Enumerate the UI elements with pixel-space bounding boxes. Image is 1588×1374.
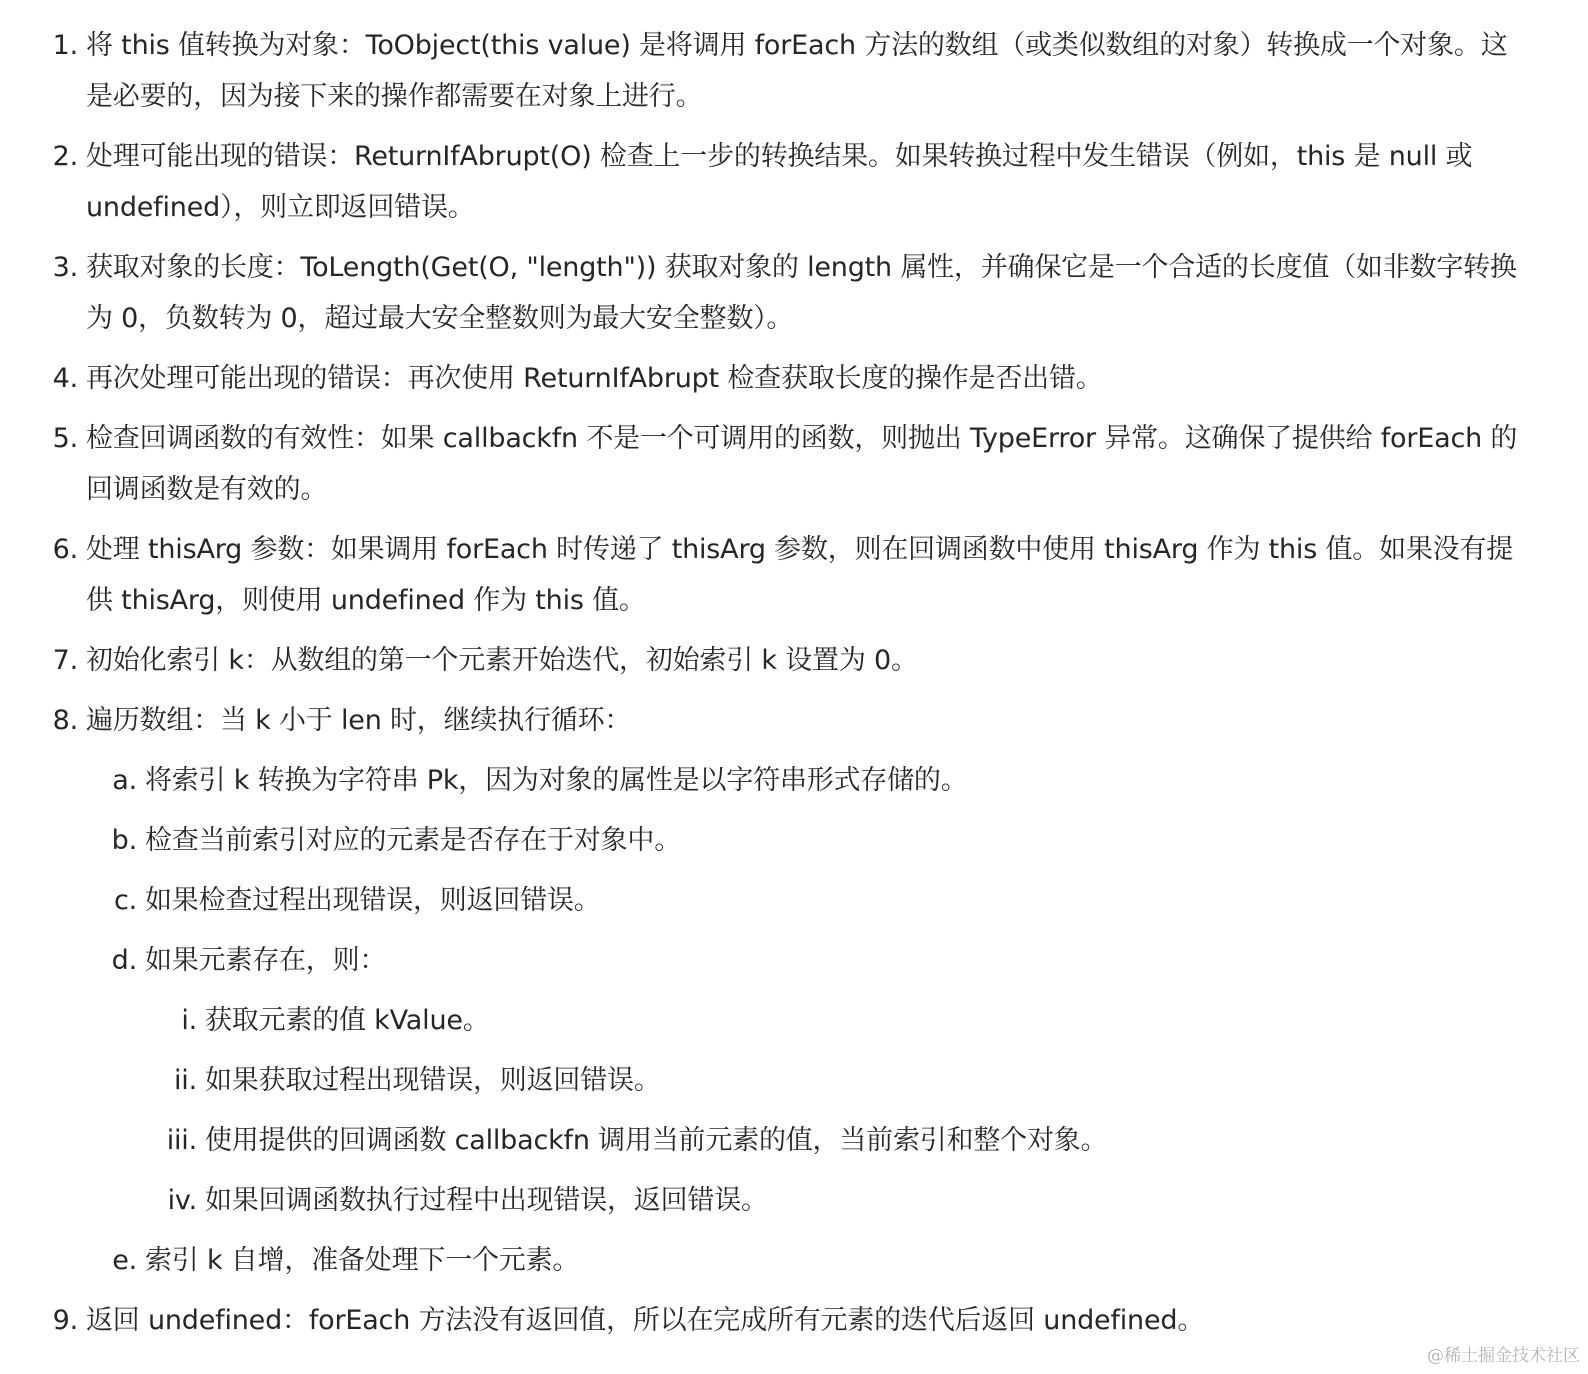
sub-list-item: e. 索引 k 自增，准备处理下一个元素。 xyxy=(0,1235,1588,1286)
list-marker: e. xyxy=(0,1235,137,1286)
list-item-text: 如果获取过程出现错误，则返回错误。 xyxy=(205,1065,661,1096)
list-marker: 9. xyxy=(0,1295,78,1346)
list-item-text: 初始化索引 k：从数组的第一个元素开始迭代，初始索引 k 设置为 0。 xyxy=(86,645,918,676)
list-item-text: 使用提供的回调函数 callbackfn 调用当前元素的值，当前索引和整个对象。 xyxy=(205,1125,1107,1156)
sub-list-item: c. 如果检查过程出现错误，则返回错误。 xyxy=(0,875,1588,926)
list-marker: 6. xyxy=(0,524,78,575)
list-marker: iv. xyxy=(0,1175,197,1226)
sub-sub-list-item: i. 获取元素的值 kValue。 xyxy=(0,995,1588,1046)
list-item-text: 检查当前索引对应的元素是否存在于对象中。 xyxy=(145,825,681,856)
list-marker: ii. xyxy=(0,1055,197,1106)
list-marker: 1. xyxy=(0,20,78,71)
list-marker: 5. xyxy=(0,413,78,464)
list-marker: 4. xyxy=(0,353,78,404)
ordered-list: 1. 将 this 值转换为对象：ToObject(this value) 是将… xyxy=(0,20,1588,1355)
list-item-text: 索引 k 自增，准备处理下一个元素。 xyxy=(145,1245,579,1276)
sub-list-item: a. 将索引 k 转换为字符串 Pk，因为对象的属性是以字符串形式存储的。 xyxy=(0,755,1588,806)
list-marker: 2. xyxy=(0,131,78,182)
list-item-text: 如果元素存在，则： xyxy=(145,945,386,976)
list-marker: 8. xyxy=(0,695,78,746)
list-marker: a. xyxy=(0,755,137,806)
sub-sub-list-item: iii. 使用提供的回调函数 callbackfn 调用当前元素的值，当前索引和… xyxy=(0,1115,1588,1166)
list-item: 1. 将 this 值转换为对象：ToObject(this value) 是将… xyxy=(0,20,1588,122)
list-item: 6. 处理 thisArg 参数：如果调用 forEach 时传递了 thisA… xyxy=(0,524,1588,626)
list-item: 3. 获取对象的长度：ToLength(Get(O, "length")) 获取… xyxy=(0,242,1588,344)
list-item-text: 获取对象的长度：ToLength(Get(O, "length")) 获取对象的… xyxy=(86,252,1517,334)
list-item: 2. 处理可能出现的错误：ReturnIfAbrupt(O) 检查上一步的转换结… xyxy=(0,131,1588,233)
list-item-text: 处理可能出现的错误：ReturnIfAbrupt(O) 检查上一步的转换结果。如… xyxy=(86,141,1472,223)
list-item-text: 检查回调函数的有效性：如果 callbackfn 不是一个可调用的函数，则抛出 … xyxy=(86,423,1517,505)
watermark: @稀土掘金技术社区 xyxy=(1427,1341,1580,1366)
list-item-text: 如果回调函数执行过程中出现错误，返回错误。 xyxy=(205,1185,768,1216)
list-marker: d. xyxy=(0,935,137,986)
list-item-text: 获取元素的值 kValue。 xyxy=(205,1005,490,1036)
list-marker: b. xyxy=(0,815,137,866)
list-item: 4. 再次处理可能出现的错误：再次使用 ReturnIfAbrupt 检查获取长… xyxy=(0,353,1588,404)
list-item: 8. 遍历数组：当 k 小于 len 时，继续执行循环： xyxy=(0,695,1588,746)
list-item-text: 遍历数组：当 k 小于 len 时，继续执行循环： xyxy=(86,705,631,736)
list-item: 9. 返回 undefined：forEach 方法没有返回值，所以在完成所有元… xyxy=(0,1295,1588,1346)
list-item-text: 返回 undefined：forEach 方法没有返回值，所以在完成所有元素的迭… xyxy=(86,1305,1204,1336)
sub-sub-list-item: iv. 如果回调函数执行过程中出现错误，返回错误。 xyxy=(0,1175,1588,1226)
list-marker: c. xyxy=(0,875,137,926)
list-item-text: 将索引 k 转换为字符串 Pk，因为对象的属性是以字符串形式存储的。 xyxy=(145,765,968,796)
sub-list-item: d. 如果元素存在，则： xyxy=(0,935,1588,986)
list-marker: i. xyxy=(0,995,197,1046)
list-item: 5. 检查回调函数的有效性：如果 callbackfn 不是一个可调用的函数，则… xyxy=(0,413,1588,515)
list-item: 7. 初始化索引 k：从数组的第一个元素开始迭代，初始索引 k 设置为 0。 xyxy=(0,635,1588,686)
list-marker: iii. xyxy=(0,1115,197,1166)
list-marker: 7. xyxy=(0,635,78,686)
list-item-text: 再次处理可能出现的错误：再次使用 ReturnIfAbrupt 检查获取长度的操… xyxy=(86,363,1103,394)
list-marker: 3. xyxy=(0,242,78,293)
sub-sub-list-item: ii. 如果获取过程出现错误，则返回错误。 xyxy=(0,1055,1588,1106)
list-item-text: 如果检查过程出现错误，则返回错误。 xyxy=(145,885,601,916)
list-item-text: 将 this 值转换为对象：ToObject(this value) 是将调用 … xyxy=(86,30,1508,112)
sub-list-item: b. 检查当前索引对应的元素是否存在于对象中。 xyxy=(0,815,1588,866)
list-item-text: 处理 thisArg 参数：如果调用 forEach 时传递了 thisArg … xyxy=(86,534,1513,616)
